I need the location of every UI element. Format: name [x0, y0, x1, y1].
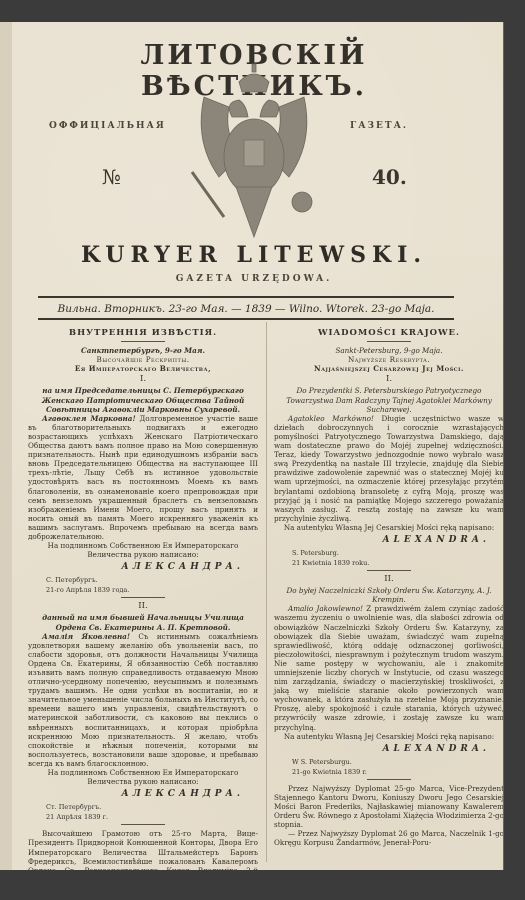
section-numeral: I.	[28, 375, 258, 384]
grant-paragraph: Высочайшею Грамотою отъ 25-го Марта, Виц…	[28, 829, 258, 870]
signature-note: На подлинномъ Собственною Ея Императорск…	[28, 768, 258, 786]
signature-note: На подлинномъ Собственною Ея Императорск…	[28, 541, 258, 559]
signature-note: Na autentyku Własną Jej Cesarskiej Mości…	[274, 732, 504, 741]
addressee: на имя Председательницы С. Петербургскаг…	[28, 386, 258, 413]
section-heading: ВНУТРЕННІЯ ИЗВѢСТІЯ.	[28, 329, 258, 338]
gazeta-label: ГАЗЕТА.	[350, 121, 408, 131]
rescripts-label: Высочайшіе Рескрипты.	[28, 355, 258, 364]
heading-rule	[367, 341, 411, 342]
signature: АЛЕКСАНДРА.	[28, 563, 244, 572]
place: W S. Petersburgu.	[292, 758, 504, 766]
signature: АЛЕКСАНДРА.	[28, 790, 244, 799]
salutation: Амалія Яковлевна!	[42, 632, 130, 641]
section-numeral: II.	[28, 602, 258, 611]
column-divider	[266, 322, 267, 862]
separator-rule	[121, 597, 165, 598]
section-numeral: II.	[274, 575, 504, 584]
place-date: Sankt-Petersburg, 9-go Maja.	[274, 346, 504, 355]
section-numeral: I.	[274, 375, 504, 384]
newspaper-page: ЛИТОВСКІЙ ВѢСТНИКЪ. ОФФИЦІАЛЬНАЯ ГАЗЕТА.…	[12, 22, 504, 870]
masthead-title-polish: KURYER LITEWSKI.	[34, 242, 474, 268]
date: 21 Kwietnia 1839 roku.	[292, 559, 504, 567]
left-column-russian: ВНУТРЕННІЯ ИЗВѢСТІЯ. Санктпетербургъ, 9-…	[28, 326, 258, 870]
dateline: Вильна. Вторникъ. 23-го Мая. — 1839 — Wi…	[38, 303, 454, 315]
signature: ALEXANDRA.	[274, 536, 490, 545]
double-headed-eagle-icon	[184, 62, 324, 242]
grant-paragraph: Przez Najwyższy Dyplomat 25-go Marca, Vi…	[274, 784, 504, 829]
date: 21-го Апрѣля 1839 года.	[46, 586, 258, 594]
salutation: Agatokleo Markówno!	[288, 414, 374, 423]
grant-paragraph: — Przez Najwyższy Dyplomat 26 go Marca, …	[274, 829, 504, 847]
separator-rule	[367, 570, 411, 571]
issue-number: 40.	[372, 165, 407, 189]
header-rule-top	[38, 296, 454, 298]
section-heading: WIADOMOŚCI KRAJOWE.	[274, 329, 504, 338]
date: 21-go Kwietnia 1839 r.	[292, 768, 504, 776]
letter-body: Агаѳоклея Марковна! Долговременное участ…	[28, 414, 258, 541]
signature: ALEXANDRA.	[274, 745, 490, 754]
header-rule-bottom	[38, 318, 454, 320]
majesty-label: Najjaśniejszej Cesarzowej Jej Mości.	[274, 364, 504, 373]
body-text: Съ истиннымъ сожалѣніемъ удовлетворяя ва…	[28, 632, 258, 768]
separator-rule	[367, 779, 411, 780]
issue-number-sign: №	[102, 165, 121, 189]
masthead-subtitle-polish: GAZETA URZĘDOWA.	[34, 274, 474, 284]
heading-rule	[121, 341, 165, 342]
place-date: Санктпетербургъ, 9-го Мая.	[28, 346, 258, 355]
addressee: Do byłej Naczelniczki Szkoły Orderu Św. …	[274, 586, 504, 604]
official-label: ОФФИЦІАЛЬНАЯ	[49, 121, 166, 131]
place: С. Петербургъ.	[46, 576, 258, 584]
salutation: Amalio Jakowlewno!	[288, 604, 363, 613]
salutation: Агаѳоклея Марковна!	[42, 414, 136, 423]
letter-body: Амалія Яковлевна! Съ истиннымъ сожалѣніе…	[28, 632, 258, 768]
place: Ст. Петербургъ.	[46, 803, 258, 811]
date: 21 Апрѣля 1839 г.	[46, 813, 258, 821]
body-text: Долговременное участіе ваше въ благотвор…	[28, 414, 258, 541]
place: S. Petersburg.	[292, 549, 504, 557]
letter-body: Agatokleo Markówno! Długie uczęstnictwo …	[274, 414, 504, 523]
rescripts-label: Najwyższe Reskrypta.	[274, 355, 504, 364]
right-column-polish: WIADOMOŚCI KRAJOWE. Sankt-Petersburg, 9-…	[274, 326, 504, 848]
letter-body: Amalio Jakowlewno! Z prawdziwém żalem cz…	[274, 604, 504, 731]
addressee: данный на имя бывшей Начальницы Училища …	[28, 613, 258, 631]
separator-rule	[121, 824, 165, 825]
body-text: Z prawdziwém żalem czyniąc zadość waszem…	[274, 604, 504, 731]
body-text: Długie uczęstnictwo wasze w dziełach dob…	[274, 414, 504, 523]
addressee: Do Prezydentki S. Petersburskiego Patryo…	[274, 386, 504, 413]
majesty-label: Ея Императорскаго Величества,	[28, 364, 258, 373]
signature-note: Na autentyku Własną Jej Cesarskiej Mości…	[274, 523, 504, 532]
